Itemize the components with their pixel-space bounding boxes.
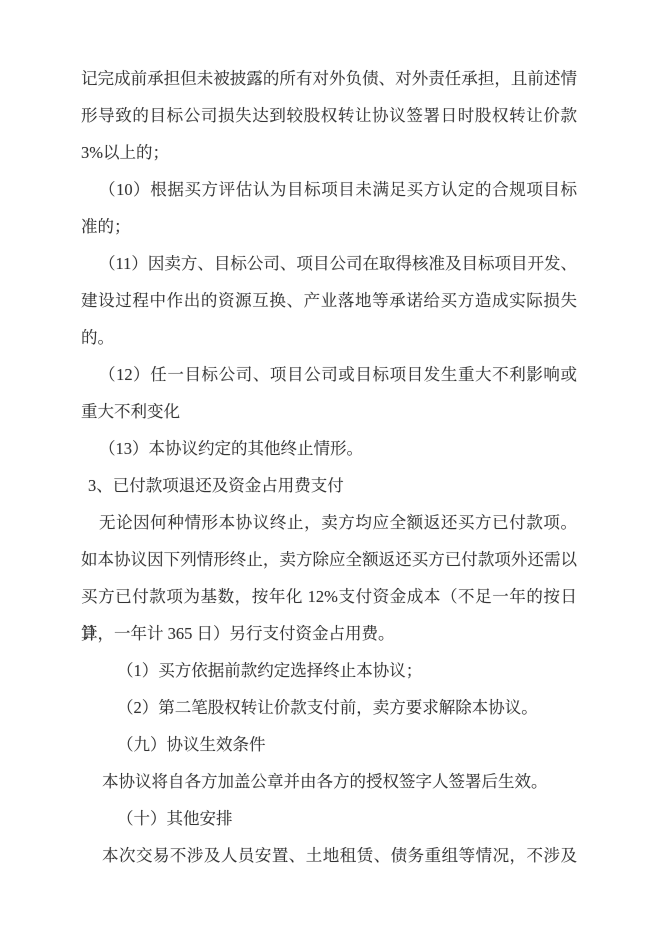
text-line: （1）买方依据前款约定选择终止本协议； (81, 652, 577, 689)
text-line: （12）任一目标公司、项目公司或目标项目发生重大不利影响或 (81, 356, 577, 393)
text-line-section-heading: （十）其他安排 (81, 800, 577, 837)
text-line-section-heading: 3、已付款项退还及资金占用费支付 (81, 467, 577, 504)
text-line: 准的； (81, 208, 577, 245)
text-line: 记完成前承担但未被披露的所有对外负债、对外责任承担，且前述情 (81, 60, 577, 97)
text-line: 本协议将自各方加盖公章并由各方的授权签字人签署后生效。 (81, 763, 577, 800)
text-line: 如本协议因下列情形终止，卖方除应全额返还买方已付款项外还需以 (81, 541, 577, 578)
text-line: 算，一年计 365 日）另行支付资金占用费。 (81, 615, 577, 652)
document-body-text: 记完成前承担但未被披露的所有对外负债、对外责任承担，且前述情 形导致的目标公司损… (81, 60, 577, 874)
text-line: 重大不利变化 (81, 393, 577, 430)
text-line: （11）因卖方、目标公司、项目公司在取得核准及目标项目开发、 (81, 245, 577, 282)
text-line: 建设过程中作出的资源互换、产业落地等承诺给买方造成实际损失 (81, 282, 577, 319)
text-line: 本次交易不涉及人员安置、土地租赁、债务重组等情况，不涉及 (81, 837, 577, 874)
text-line: 3%以上的； (81, 134, 577, 171)
text-line: 形导致的目标公司损失达到较股权转让协议签署日时股权转让价款 (81, 97, 577, 134)
text-line: 的。 (81, 319, 577, 356)
text-line: （2）第二笔股权转让价款支付前，卖方要求解除本协议。 (81, 689, 577, 726)
text-line: 无论因何种情形本协议终止，卖方均应全额返还买方已付款项。 (81, 504, 577, 541)
text-line: 买方已付款项为基数，按年化 12%支付资金成本（不足一年的按日计 (81, 578, 577, 615)
document-page: 记完成前承担但未被披露的所有对外负债、对外责任承担，且前述情 形导致的目标公司损… (0, 0, 660, 929)
text-line: （10）根据买方评估认为目标项目未满足买方认定的合规项目标 (81, 171, 577, 208)
text-line: （13）本协议约定的其他终止情形。 (81, 430, 577, 467)
text-line-section-heading: （九）协议生效条件 (81, 726, 577, 763)
